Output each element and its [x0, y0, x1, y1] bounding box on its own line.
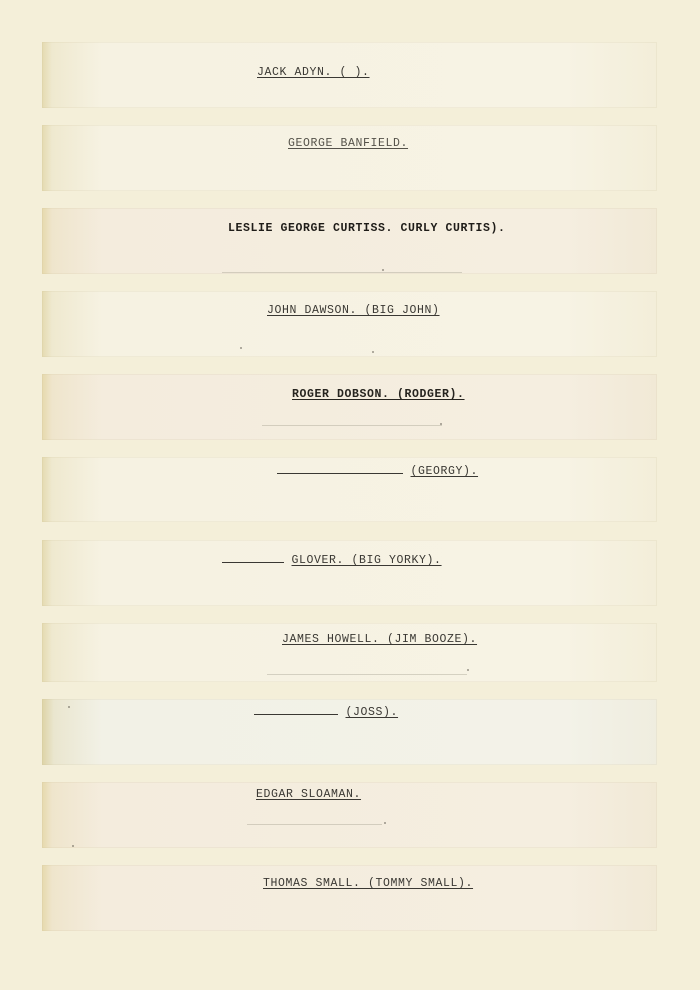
- name-blank: [254, 704, 338, 715]
- faint-rule: [262, 425, 442, 426]
- ink-dot: [440, 423, 442, 425]
- paper-strip-7: GLOVER. (BIG YORKY).: [42, 540, 657, 606]
- entry-text: ROGER DOBSON. (RODGER).: [292, 388, 465, 401]
- entry-text: JOHN DAWSON. (BIG JOHN): [267, 304, 440, 317]
- entry-text: (JOSS).: [346, 706, 399, 719]
- entry-text: GLOVER. (BIG YORKY).: [292, 554, 442, 567]
- entry-text: GEORGE BANFIELD.: [288, 137, 408, 150]
- entry-jack-adyn: JACK ADYN. ( ).: [257, 66, 370, 79]
- paper-strip-1: JACK ADYN. ( ).: [42, 42, 657, 108]
- paper-strip-11: THOMAS SMALL. (TOMMY SMALL).: [42, 865, 657, 931]
- entry-text: LESLIE GEORGE CURTISS. CURLY CURTIS).: [228, 222, 506, 235]
- entry-thomas-small: THOMAS SMALL. (TOMMY SMALL).: [263, 877, 473, 890]
- entry-text: (GEORGY).: [411, 465, 479, 478]
- entry-george-banfield: GEORGE BANFIELD.: [288, 137, 408, 150]
- ink-dot: [372, 351, 374, 353]
- paper-strip-10: EDGAR SLOAMAN.: [42, 782, 657, 848]
- entry-john-dawson: JOHN DAWSON. (BIG JOHN): [267, 304, 440, 317]
- ink-dot: [72, 845, 74, 847]
- entry-joss: (JOSS).: [254, 704, 398, 719]
- faint-rule: [267, 674, 467, 675]
- name-blank: [277, 463, 403, 474]
- paper-strip-5: ROGER DOBSON. (RODGER).: [42, 374, 657, 440]
- ink-dot: [240, 347, 242, 349]
- entry-text: JACK ADYN. ( ).: [257, 66, 370, 79]
- ink-dot: [382, 269, 384, 271]
- paper-strip-9: (JOSS).: [42, 699, 657, 765]
- entry-edgar-sloaman: EDGAR SLOAMAN.: [256, 788, 361, 801]
- entry-james-howell: JAMES HOWELL. (JIM BOOZE).: [282, 633, 477, 646]
- entry-text: THOMAS SMALL. (TOMMY SMALL).: [263, 877, 473, 890]
- entry-text: JAMES HOWELL. (JIM BOOZE).: [282, 633, 477, 646]
- paper-strip-2: GEORGE BANFIELD.: [42, 125, 657, 191]
- paper-strip-8: JAMES HOWELL. (JIM BOOZE).: [42, 623, 657, 682]
- entry-leslie-george-curtiss: LESLIE GEORGE CURTISS. CURLY CURTIS).: [228, 222, 506, 235]
- entry-roger-dobson: ROGER DOBSON. (RODGER).: [292, 388, 465, 401]
- entry-glover: GLOVER. (BIG YORKY).: [222, 552, 442, 567]
- ink-dot: [68, 706, 70, 708]
- paper-strip-4: JOHN DAWSON. (BIG JOHN): [42, 291, 657, 357]
- ink-dot: [467, 669, 469, 671]
- name-blank: [222, 552, 284, 563]
- faint-rule: [222, 272, 462, 273]
- ink-dot: [384, 822, 386, 824]
- faint-rule: [247, 824, 382, 825]
- paper-strip-6: (GEORGY).: [42, 457, 657, 522]
- entry-text: EDGAR SLOAMAN.: [256, 788, 361, 801]
- paper-strip-3: LESLIE GEORGE CURTISS. CURLY CURTIS).: [42, 208, 657, 274]
- entry-georgy: (GEORGY).: [277, 463, 478, 478]
